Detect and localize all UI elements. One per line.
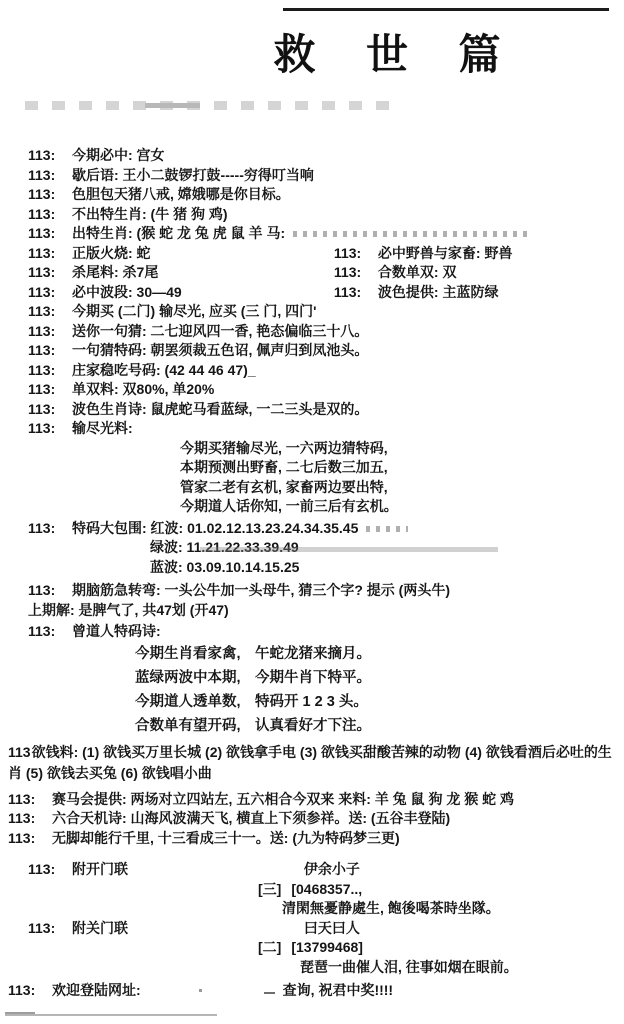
poem-line: 管家二老有玄机, 家畜两边要出特, bbox=[180, 478, 618, 498]
issue-number: 113: bbox=[28, 419, 72, 439]
page-title: 救 世 篇 bbox=[0, 22, 624, 82]
text-line: 113:无脚却能行千里, 十三看成三十一。送: (九为特码梦三更) bbox=[8, 829, 618, 849]
poem-line: 今期道人话你知, 一前三后有玄机。 bbox=[180, 497, 618, 517]
poem-line: 今期道人透单数, 特码开 1 2 3 头。 bbox=[135, 690, 618, 714]
issue-number: 113: bbox=[8, 790, 52, 810]
text-line-two-column: 113:必中波段: 30—49 113:波色提供: 主蓝防绿 bbox=[28, 283, 618, 303]
line-text: 本期预测出野畜, 二七后数三加五, bbox=[180, 459, 388, 475]
line-text: 今期买 (二门) 输尽光, 应买 (三 门, 四门' bbox=[72, 303, 316, 319]
issue-number: 113: bbox=[28, 519, 72, 539]
line-text: 今期必中: 宫女 bbox=[72, 147, 165, 163]
right-column: 113:合数单双: 双 bbox=[334, 264, 457, 280]
bottom-left-faint-line bbox=[5, 1014, 217, 1016]
issue-number: 113: bbox=[28, 400, 72, 420]
text-line: 113:特码大包围: 红波: 01.02.12.13.23.24.34.35.4… bbox=[28, 519, 618, 539]
poem-line: 今期生肖看家禽, 午蛇龙猪来摘月。 bbox=[135, 642, 618, 666]
issue-number: 113: bbox=[334, 283, 378, 303]
line-text: 上期解: 是脾气了, 共47划 (开47) bbox=[28, 602, 229, 618]
code-number: [13799468] bbox=[291, 939, 363, 955]
couplet-author: 曰天曰人 bbox=[304, 920, 360, 936]
poem-line: 合数单有望开码, 认真看好才下注。 bbox=[135, 714, 618, 738]
line-text: 欲钱料: (1) 欲钱买万里长城 (2) 欲钱拿手电 (3) 欲钱买甜酸苦辣的动… bbox=[8, 744, 612, 781]
text-line: 113:送你一句猜: 二七迎风四一香, 艳态偏临三十八。 bbox=[28, 322, 618, 342]
line-text: 今期生肖看家禽, 午蛇龙猪来摘月。 bbox=[135, 646, 371, 662]
issue-number: 113: bbox=[28, 185, 72, 205]
issue-number: 113: bbox=[28, 361, 72, 381]
number-list-line: 蓝波: 03.09.10.14.15.25 bbox=[150, 558, 618, 578]
website-line: 113:欢迎登陆网址:查询, 祝君中奖!!!! bbox=[8, 981, 618, 1001]
issue-number: 113: bbox=[28, 860, 72, 880]
text-line: 113:赛马会提供: 两场对立四站左, 五六相合今双来 来料: 羊 兔 鼠 狗 … bbox=[8, 790, 618, 810]
issue-number: 113 bbox=[8, 742, 31, 763]
poem-line: 今期买猪输尽光, 一六两边猜特码, bbox=[180, 439, 618, 459]
issue-number: 113: bbox=[28, 224, 72, 244]
line-text: 单双料: 双80%, 单20% bbox=[72, 381, 214, 397]
text-line: 113:曾道人特码诗: bbox=[28, 622, 618, 642]
text-line: 113欲钱料: (1) 欲钱买万里长城 (2) 欲钱拿手电 (3) 欲钱买甜酸苦… bbox=[8, 742, 618, 784]
body-text: 113:今期必中: 宫女 113:歇后语: 王小二鼓锣打鼓-----穷得叮当响 … bbox=[28, 146, 618, 1001]
line-text: 欢迎登陆网址: bbox=[52, 982, 141, 998]
text-line: 113:期脑筋急转弯: 一头公牛加一头母牛, 猜三个字? 提示 (两头牛) bbox=[28, 581, 618, 601]
couplet-label: 113:附关门联 bbox=[28, 919, 300, 939]
issue-number: 113: bbox=[28, 302, 72, 322]
text-line-two-column: 113:正版火烧: 蛇 113:必中野兽与家畜: 野兽 bbox=[28, 244, 618, 264]
line-text: 不出特生肖: (牛 猪 狗 鸡) bbox=[72, 206, 228, 222]
text-line: 113:输尽光料: bbox=[28, 419, 618, 439]
line-text: 正版火烧: 蛇 bbox=[72, 245, 151, 261]
text-line: 113:今期必中: 宫女 bbox=[28, 146, 618, 166]
text-line: 上期解: 是脾气了, 共47划 (开47) bbox=[28, 601, 618, 621]
text-line: 113:波色生肖诗: 鼠虎蛇马看蓝绿, 一二三头是双的。 bbox=[28, 400, 618, 420]
couplet-author: 伊余小子 bbox=[304, 861, 360, 877]
couplet-code-line: [三][0468357.., bbox=[258, 880, 618, 900]
couplet-code-line: [二][13799468] bbox=[258, 938, 618, 958]
poem-line: 蓝绿两波中本期, 今期牛肖下特平。 bbox=[135, 666, 618, 690]
line-text: 曾道人特码诗: bbox=[72, 623, 161, 639]
line-text: 必中野兽与家畜: 野兽 bbox=[378, 245, 513, 261]
line-text: 清閑無憂静處生, 飽後喝茶時坐隊。 bbox=[282, 900, 500, 916]
text-line: 113:不出特生肖: (牛 猪 狗 鸡) bbox=[28, 205, 618, 225]
couplet-header: 113:附关门联 曰天曰人 bbox=[28, 919, 618, 939]
issue-number: 113: bbox=[28, 283, 72, 303]
issue-number: 113: bbox=[28, 263, 72, 283]
number-list-line: 绿波: 11.21.22.33.39.49 bbox=[150, 538, 618, 558]
issue-number: 113: bbox=[28, 380, 72, 400]
issue-number: 113: bbox=[28, 146, 72, 166]
text-line: 113:今期买 (二门) 输尽光, 应买 (三 门, 四门' bbox=[28, 302, 618, 322]
line-text: 赛马会提供: 两场对立四站左, 五六相合今双来 来料: 羊 兔 鼠 狗 龙 猴 … bbox=[52, 791, 514, 807]
line-text: 出特生肖: (猴 蛇 龙 兔 虎 鼠 羊 马: bbox=[72, 225, 285, 241]
issue-number: 113: bbox=[28, 244, 72, 264]
text-line: 113:单双料: 双80%, 单20% bbox=[28, 380, 618, 400]
line-text: 送你一句猜: 二七迎风四一香, 艳态偏临三十八。 bbox=[72, 323, 368, 339]
issue-number: 113: bbox=[334, 263, 378, 283]
issue-number: 113: bbox=[28, 341, 72, 361]
issue-number: 113: bbox=[28, 622, 72, 642]
bracket-label: [三] bbox=[258, 880, 281, 900]
left-column: 113:必中波段: 30—49 bbox=[28, 283, 330, 303]
issue-number: 113: bbox=[28, 205, 72, 225]
couplet-label: 113:附开门联 bbox=[28, 860, 300, 880]
text-line: 113:色胆包天猪八戒, 嫦娥哪是你目标。 bbox=[28, 185, 618, 205]
poem-line: 本期预测出野畜, 二七后数三加五, bbox=[180, 458, 618, 478]
couplet-header: 113:附开门联 伊余小子 bbox=[28, 860, 618, 880]
scan-smudge bbox=[145, 103, 200, 108]
line-text: 歇后语: 王小二鼓锣打鼓-----穷得叮当响 bbox=[72, 167, 314, 183]
line-text: 庄家稳吃号码: (42 44 46 47)_ bbox=[72, 362, 256, 378]
line-text-suffix: 查询, 祝君中奖!!!! bbox=[283, 982, 393, 998]
line-text: 波色生肖诗: 鼠虎蛇马看蓝绿, 一二三头是双的。 bbox=[72, 401, 368, 417]
faded-erased-text bbox=[25, 101, 390, 110]
line-text: 一句猜特码: 朝罢须裁五色诏, 佩声归到凤池头。 bbox=[72, 342, 368, 358]
scanned-lottery-sheet: 救 世 篇 113:今期必中: 宫女 113:歇后语: 王小二鼓锣打鼓-----… bbox=[0, 0, 624, 1024]
erased-url-area bbox=[141, 985, 283, 995]
issue-number: 113: bbox=[28, 581, 72, 601]
top-rule-line bbox=[283, 8, 609, 11]
issue-number: 113: bbox=[334, 244, 378, 264]
line-text: 无脚却能行千里, 十三看成三十一。送: (九为特码梦三更) bbox=[52, 830, 400, 846]
issue-number: 113: bbox=[8, 829, 52, 849]
code-number: [0468357.., bbox=[291, 881, 362, 897]
issue-number: 113: bbox=[8, 981, 52, 1001]
couplet-verse: 清閑無憂静處生, 飽後喝茶時坐隊。 bbox=[282, 899, 618, 919]
line-text: 附关门联 bbox=[72, 920, 128, 936]
line-text: 附开门联 bbox=[72, 861, 128, 877]
bracket-label: [二] bbox=[258, 938, 281, 958]
issue-number: 113: bbox=[28, 322, 72, 342]
text-line: 113:歇后语: 王小二鼓锣打鼓-----穷得叮当响 bbox=[28, 166, 618, 186]
couplet-verse: 琵琶一曲催人泪, 往事如烟在眼前。 bbox=[300, 958, 618, 978]
line-text: 合数单有望开码, 认真看好才下注。 bbox=[135, 718, 371, 734]
line-text: 蓝绿两波中本期, 今期牛肖下特平。 bbox=[135, 670, 371, 686]
left-column: 113:杀尾料: 杀7尾 bbox=[28, 263, 330, 283]
line-text: 期脑筋急转弯: 一头公牛加一头母牛, 猜三个字? 提示 (两头牛) bbox=[72, 582, 450, 598]
line-text: 琵琶一曲催人泪, 往事如烟在眼前。 bbox=[300, 959, 518, 975]
line-text: 色胆包天猪八戒, 嫦娥哪是你目标。 bbox=[72, 186, 290, 202]
text-line: 113:庄家稳吃号码: (42 44 46 47)_ bbox=[28, 361, 618, 381]
left-column: 113:正版火烧: 蛇 bbox=[28, 244, 330, 264]
right-column: 113:波色提供: 主蓝防绿 bbox=[334, 284, 499, 300]
issue-number: 113: bbox=[28, 166, 72, 186]
line-text: 波色提供: 主蓝防绿 bbox=[378, 284, 499, 300]
issue-number: 113: bbox=[28, 919, 72, 939]
text-line: 113:六合天机诗: 山海风波满天飞, 横直上下须参祥。送: (五谷丰登陆) bbox=[8, 809, 618, 829]
issue-number: 113: bbox=[8, 809, 52, 829]
line-text: 六合天机诗: 山海风波满天飞, 横直上下须参祥。送: (五谷丰登陆) bbox=[52, 810, 450, 826]
line-text: 特码大包围: 红波: 01.02.12.13.23.24.34.35.45 bbox=[72, 520, 358, 536]
line-text: 必中波段: 30—49 bbox=[72, 284, 182, 300]
line-text: 今期道人透单数, 特码开 1 2 3 头。 bbox=[135, 694, 368, 710]
line-text: 今期买猪输尽光, 一六两边猜特码, bbox=[180, 440, 388, 456]
line-text: 管家二老有玄机, 家畜两边要出特, bbox=[180, 479, 388, 495]
line-text: 合数单双: 双 bbox=[378, 264, 457, 280]
faint-dotted-smudge bbox=[366, 526, 408, 532]
line-text: 蓝波: 03.09.10.14.15.25 bbox=[150, 559, 299, 575]
text-line: 113:一句猜特码: 朝罢须裁五色诏, 佩声归到凤池头。 bbox=[28, 341, 618, 361]
line-text: 绿波: 11.21.22.33.39.49 bbox=[150, 539, 299, 555]
line-text: 今期道人话你知, 一前三后有玄机。 bbox=[180, 498, 398, 514]
line-text: 输尽光料: bbox=[72, 420, 133, 436]
faint-dotted-smudge bbox=[293, 231, 528, 237]
line-text: 杀尾料: 杀7尾 bbox=[72, 264, 158, 280]
text-line: 113:出特生肖: (猴 蛇 龙 兔 虎 鼠 羊 马: bbox=[28, 224, 618, 244]
text-line-two-column: 113:杀尾料: 杀7尾 113:合数单双: 双 bbox=[28, 263, 618, 283]
right-column: 113:必中野兽与家畜: 野兽 bbox=[334, 245, 513, 261]
